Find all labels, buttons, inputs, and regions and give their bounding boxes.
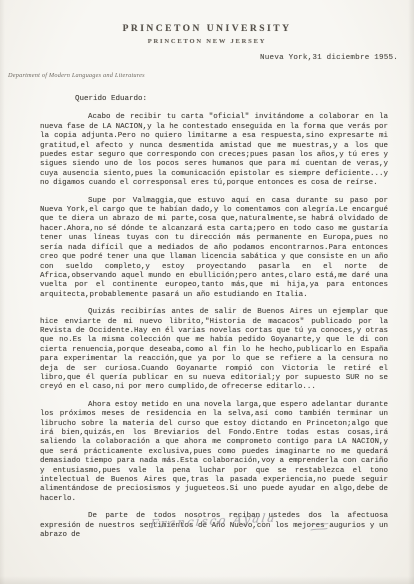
paragraph-2: Supe por Valmaggia,que estuvo aquí en ca… (40, 197, 388, 300)
handwritten-signature: Francisco Ayala (150, 512, 340, 546)
paragraph-4: Ahora estoy metido en una novela larga,q… (40, 401, 388, 504)
letterhead-university-name: PRINCETON UNIVERSITY (0, 24, 414, 34)
scanned-letter-page: PRINCETON UNIVERSITY PRINCETON NEW JERSE… (0, 0, 414, 584)
signature-name: Francisco Ayala (149, 511, 277, 532)
salutation: Querido Eduardo: (75, 95, 388, 104)
letter-body: Querido Eduardo: Acabo de recibir tu car… (40, 95, 388, 540)
date-line: Nueva York,31 diciembre 1955. (260, 54, 398, 62)
paragraph-3: Quizás recibirías antes de salir de Buen… (40, 308, 388, 393)
signature-flourish-stroke (308, 520, 330, 534)
letterhead-department: Department of Modern Languages and Liter… (8, 72, 145, 79)
letterhead: PRINCETON UNIVERSITY PRINCETON NEW JERSE… (0, 0, 414, 45)
paragraph-1: Acabo de recibir tu carta "oficial" invi… (40, 113, 388, 188)
letterhead-location: PRINCETON NEW JERSEY (0, 38, 414, 45)
